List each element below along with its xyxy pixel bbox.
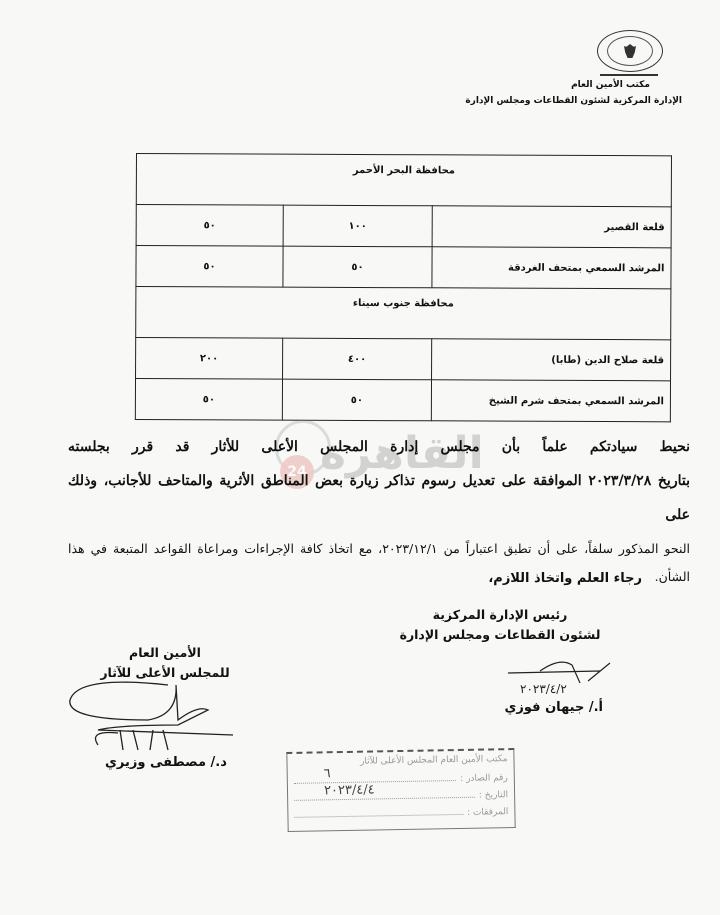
stamp-attachments-row: المرفقات : xyxy=(294,805,508,826)
table-row: قلعة صلاح الدين (طابا) ٤٠٠ ٢٠٠ xyxy=(136,338,671,381)
egypt-eagle-emblem-icon xyxy=(597,30,663,72)
site-name: المرشد السمعي بمتحف شرم الشيخ xyxy=(431,380,670,422)
fee-value-2: ٥٠ xyxy=(136,205,283,247)
logo-underline xyxy=(600,74,658,76)
signatory-right-title-line-2: لشئون القطاعات ومجلس الإدارة xyxy=(390,625,610,645)
fee-value-1: ٤٠٠ xyxy=(283,338,432,380)
fee-value-2: ٥٠ xyxy=(136,246,283,288)
stamp-number-label: رقم الصادر : xyxy=(460,773,508,784)
site-name: المرشد السمعي بمتحف الغردقة xyxy=(432,247,671,289)
fee-value-2: ٢٠٠ xyxy=(136,338,283,380)
outgoing-stamp: مكتب الأمين العام المجلس الأعلى للآثار ر… xyxy=(286,748,515,832)
signatory-right-title: رئيس الإدارة المركزية لشئون القطاعات ومج… xyxy=(390,605,610,645)
signatory-right-name: أ./ جيهان فوزي xyxy=(505,700,604,715)
header-office: مكتب الأمين العام xyxy=(571,80,650,90)
governorate-name: محافظة جنوب سيناء xyxy=(136,287,671,340)
header-department: الإدارة المركزية لشئون القطاعات ومجلس ال… xyxy=(465,96,682,106)
stamp-date-label: التاريخ : xyxy=(479,790,508,801)
fee-value-1: ١٠٠ xyxy=(283,205,432,247)
handwritten-signature-right-icon: ٢٠٢٣/٤/٢ xyxy=(500,655,620,705)
governorate-name: محافظة البحر الأحمر xyxy=(136,154,671,207)
governorate-row: محافظة جنوب سيناء xyxy=(136,287,671,340)
fee-value-2: ٥٠ xyxy=(135,379,282,421)
fee-value-1: ٥٠ xyxy=(283,246,432,288)
stamp-attachments-label: المرفقات : xyxy=(467,807,509,818)
site-name: قلعة القصير xyxy=(432,206,671,248)
site-name: قلعة صلاح الدين (طابا) xyxy=(432,339,671,381)
fee-table: محافظة البحر الأحمر قلعة القصير ١٠٠ ٥٠ ا… xyxy=(135,153,672,422)
letter-body: نحيط سيادتكم علماً بأن مجلس إدارة المجلس… xyxy=(68,430,690,588)
fee-value-1: ٥٠ xyxy=(282,379,431,421)
signatory-left-name: د./ مصطفى وزيري xyxy=(105,755,227,770)
handwritten-signature-left-icon xyxy=(58,675,238,755)
stamp-heading: مكتب الأمين العام المجلس الأعلى للآثار xyxy=(360,754,508,767)
table-row: المرشد السمعي بمتحف شرم الشيخ ٥٠ ٥٠ xyxy=(135,379,670,422)
stamp-date-value: ٢٠٢٣/٤/٤ xyxy=(324,782,375,798)
table-row: قلعة القصير ١٠٠ ٥٠ xyxy=(136,205,671,248)
table-row: المرشد السمعي بمتحف الغردقة ٥٠ ٥٠ xyxy=(136,246,671,289)
body-line-1: نحيط سيادتكم علماً بأن مجلس إدارة المجلس… xyxy=(68,430,690,464)
closing-line: رجاء العلم واتخاذ اللازم، xyxy=(488,571,642,586)
body-line-2: بتاريخ ٢٠٢٣/٣/٢٨ الموافقة على تعديل رسوم… xyxy=(68,464,690,532)
stamp-number-value: ٦ xyxy=(324,766,331,781)
document-page: مكتب الأمين العام الإدارة المركزية لشئون… xyxy=(0,0,720,915)
signatory-left-title-line-1: الأمين العام xyxy=(55,643,275,663)
body-line-3: النحو المذكور سلفاً، على أن تطبق اعتبارا… xyxy=(68,532,690,566)
signatory-right-title-line-1: رئيس الإدارة المركزية xyxy=(390,605,610,625)
svg-text:٢٠٢٣/٤/٢: ٢٠٢٣/٤/٢ xyxy=(520,682,567,696)
governorate-row: محافظة البحر الأحمر xyxy=(136,154,671,207)
